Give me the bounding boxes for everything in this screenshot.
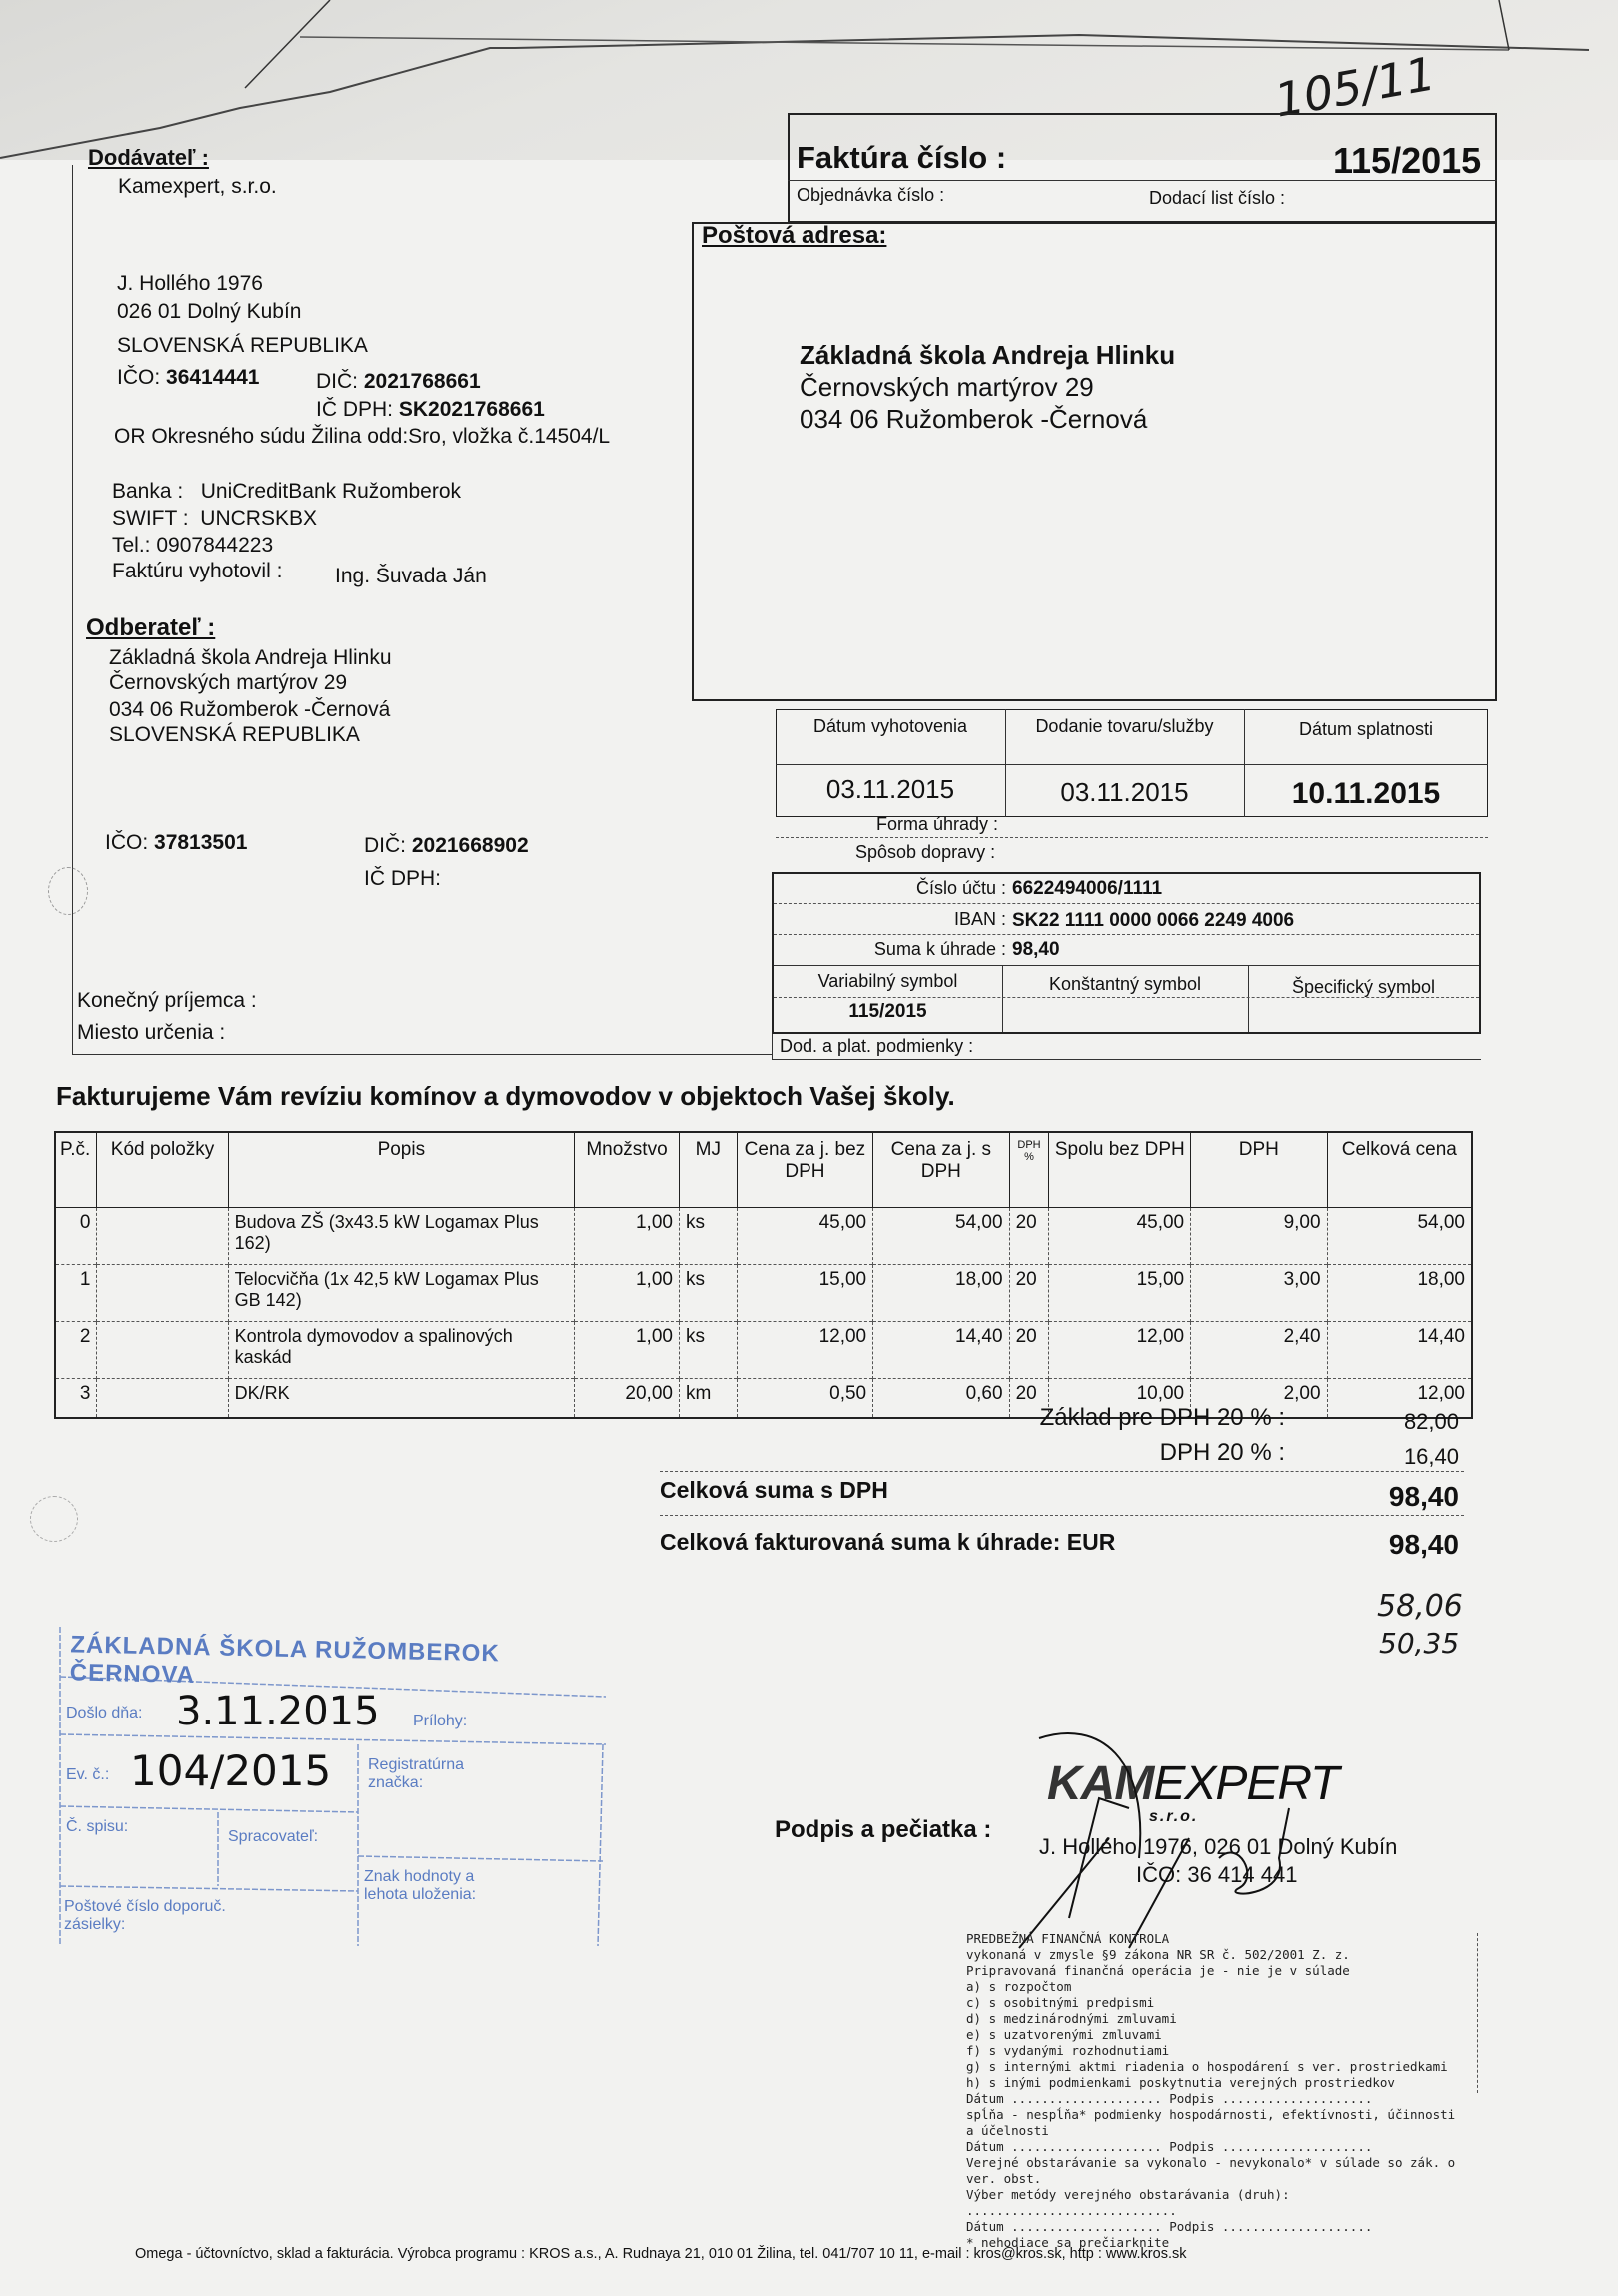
table-cell: [97, 1208, 228, 1265]
ev-number: 104/2015: [130, 1746, 331, 1795]
amount-due: 98,40: [1012, 939, 1060, 961]
table-cell: 54,00: [873, 1208, 1009, 1265]
table-cell: [97, 1322, 228, 1379]
table-cell: 20: [1009, 1208, 1049, 1265]
table-cell: 45,00: [737, 1208, 872, 1265]
registry-mark-label: Registratúrna značka:: [368, 1756, 488, 1792]
punch-hole: [48, 867, 88, 915]
signature-label: Podpis a pečiatka :: [775, 1816, 991, 1844]
divider: [1477, 1933, 1478, 2093]
divider: [774, 965, 1479, 966]
supplier-ico: IČO: 36414441: [117, 366, 259, 390]
amount-due-label: Suma k úhrade :: [780, 939, 1006, 960]
invoice-description: Fakturujeme Vám revíziu komínov a dymovo…: [56, 1081, 955, 1112]
registered-mail-label: Poštové číslo doporuč. zásielky:: [64, 1898, 244, 1934]
divider: [774, 934, 1479, 935]
divider: [772, 1034, 773, 1059]
supplier-country: SLOVENSKÁ REPUBLIKA: [117, 334, 368, 358]
table-cell: ks: [679, 1322, 737, 1379]
bank-row: Banka : UniCreditBank Ružomberok: [112, 480, 461, 504]
amount-due-total-label: Celková fakturovaná suma k úhrade: EUR: [660, 1529, 1115, 1556]
column-header: Množstvo: [575, 1132, 680, 1208]
handwritten-note: 58,06: [1377, 1589, 1463, 1624]
customer-country: SLOVENSKÁ REPUBLIKA: [109, 723, 360, 747]
invoice-title: Faktúra číslo :: [797, 140, 1006, 176]
vat-base-value: 82,00: [1329, 1409, 1459, 1435]
supplier-register: OR Okresného súdu Žilina odd:Sro, vložka…: [114, 425, 610, 449]
control-line: spĺňa - nespĺňa* podmienky hospodárnosti…: [966, 2107, 1466, 2139]
table-cell: [97, 1379, 228, 1419]
control-line: a) s rozpočtom: [966, 1979, 1466, 1995]
customer-heading: Odberateľ :: [86, 614, 215, 642]
table-cell: 18,00: [1327, 1265, 1472, 1322]
column-header: DPH: [1191, 1132, 1327, 1208]
handwritten-note: 50,35: [1379, 1627, 1459, 1660]
table-cell: 18,00: [873, 1265, 1009, 1322]
table-cell: 20: [1009, 1265, 1049, 1322]
table-cell: 0: [55, 1208, 97, 1265]
ks-label: Konštantný symbol: [1002, 974, 1248, 995]
control-line: f) s vydanými rozhodnutiami: [966, 2043, 1466, 2059]
table-cell: 14,40: [1327, 1322, 1472, 1379]
account-label: Číslo účtu :: [780, 878, 1006, 899]
table-cell: [97, 1265, 228, 1322]
table-cell: 9,00: [1191, 1208, 1327, 1265]
issued-by-label: Faktúru vyhotovil :: [112, 560, 282, 583]
customer-city: 034 06 Ružomberok -Černová: [109, 698, 390, 722]
divider: [774, 997, 1479, 998]
handwritten-signature: [989, 1719, 1409, 1958]
iban-label: IBAN :: [780, 909, 1006, 930]
issue-date-label: Dátum vyhotovenia: [776, 716, 1005, 737]
table-cell: Kontrola dymovodov a spalinových kaskád: [228, 1322, 574, 1379]
financial-control-block: PREDBEŽNÁ FINANČNÁ KONTROLAvykonaná v zm…: [966, 1931, 1466, 2251]
table-cell: 14,40: [873, 1322, 1009, 1379]
control-line: h) s inými podmienkami poskytnutia verej…: [966, 2075, 1466, 2091]
control-line: c) s osobitnými predpismi: [966, 1995, 1466, 2011]
order-number-label: Objednávka číslo :: [797, 185, 944, 206]
retention-label: Znak hodnoty a lehota uloženia:: [364, 1868, 484, 1904]
postal-street: Černovských martýrov 29: [800, 372, 1094, 403]
table-cell: ks: [679, 1265, 737, 1322]
transport-label: Spôsob dopravy :: [855, 842, 995, 863]
postal-name: Základná škola Andreja Hlinku: [800, 340, 1175, 371]
postal-city: 034 06 Ružomberok -Černová: [800, 404, 1147, 435]
left-frame-line: [72, 165, 73, 1054]
column-header: Kód položky: [97, 1132, 228, 1208]
control-line: g) s internými aktmi riadenia o hospodár…: [966, 2059, 1466, 2075]
issued-by-name: Ing. Šuvada Ján: [335, 565, 487, 588]
table-cell: DK/RK: [228, 1379, 574, 1419]
supplier-heading: Dodávateľ :: [88, 145, 209, 171]
supplier-phone: Tel.: 0907844223: [112, 534, 273, 558]
divider: [660, 1471, 1464, 1472]
control-line: Dátum .................... Podpis ......…: [966, 2219, 1466, 2235]
divider: [772, 1059, 1481, 1060]
control-line: Dátum .................... Podpis ......…: [966, 2139, 1466, 2155]
table-cell: 20: [1009, 1322, 1049, 1379]
control-line: Výber metódy verejného obstarávania (dru…: [966, 2187, 1466, 2219]
attachments-label: Prílohy:: [413, 1713, 467, 1730]
supplier-city: 026 01 Dolný Kubín: [117, 300, 301, 324]
table-cell: 1,00: [575, 1208, 680, 1265]
control-line: Verejné obstarávanie sa vykonalo - nevyk…: [966, 2155, 1466, 2187]
postal-heading: Poštová adresa:: [702, 222, 886, 250]
column-header: DPH %: [1009, 1132, 1049, 1208]
table-cell: 15,00: [1049, 1265, 1191, 1322]
divider: [776, 764, 1488, 765]
table-cell: 15,00: [737, 1265, 872, 1322]
file-number-label: Č. spisu:: [66, 1818, 128, 1836]
due-date: 10.11.2015: [1244, 777, 1488, 811]
received-date: 3.11.2015: [176, 1689, 380, 1734]
table-cell: Telocvičňa (1x 42,5 kW Logamax Plus GB 1…: [228, 1265, 574, 1322]
items-table: P.č.Kód položkyPopisMnožstvoMJCena za j.…: [54, 1131, 1473, 1419]
account-number: 6622494006/1111: [1012, 878, 1162, 900]
table-cell: 54,00: [1327, 1208, 1472, 1265]
divider: [660, 1515, 1464, 1516]
table-cell: 45,00: [1049, 1208, 1191, 1265]
invoice-number: 115/2015: [1333, 140, 1481, 182]
table-cell: 3: [55, 1379, 97, 1419]
iban: SK22 1111 0000 0066 2249 4006: [1012, 910, 1294, 932]
table-cell: ks: [679, 1208, 737, 1265]
registry-stamp: ZÁKLADNÁ ŠKOLA RUŽOMBEROK ČERNOVA Došlo …: [58, 1617, 608, 1946]
table-cell: 1: [55, 1265, 97, 1322]
customer-icdph: IČ DPH:: [364, 867, 441, 891]
amount-due-total: 98,40: [1299, 1529, 1459, 1561]
table-body: 0Budova ZŠ (3x43.5 kW Logamax Plus 162)1…: [55, 1208, 1472, 1419]
punch-hole: [30, 1496, 78, 1542]
ev-label: Ev. č.:: [66, 1766, 109, 1784]
table-row: 1Telocvičňa (1x 42,5 kW Logamax Plus GB …: [55, 1265, 1472, 1322]
customer-street: Černovských martýrov 29: [109, 671, 347, 695]
divider: [1248, 965, 1249, 1032]
divider: [774, 903, 1479, 904]
column-header: P.č.: [55, 1132, 97, 1208]
postal-address-box: [692, 222, 1497, 701]
table-cell: 0,50: [737, 1379, 872, 1419]
control-line: Pripravovaná finančná operácia je - nie …: [966, 1963, 1466, 1979]
supplier-dic: DIČ: 2021768661: [316, 370, 481, 394]
table-row: 0Budova ZŠ (3x43.5 kW Logamax Plus 162)1…: [55, 1208, 1472, 1265]
customer-ico: IČO: 37813501: [105, 831, 247, 855]
due-date-label: Dátum splatnosti: [1244, 719, 1488, 740]
supplier-name: Kamexpert, s.r.o.: [118, 175, 277, 199]
column-header: Spolu bez DPH: [1049, 1132, 1191, 1208]
column-header: Cena za j. s DPH: [873, 1132, 1009, 1208]
table-cell: 12,00: [737, 1322, 872, 1379]
supplier-street: J. Hollého 1976: [117, 272, 263, 296]
delivery-note-label: Dodací list číslo :: [1149, 188, 1285, 209]
table-cell: 20,00: [575, 1379, 680, 1419]
table-header-row: P.č.Kód položkyPopisMnožstvoMJCena za j.…: [55, 1132, 1472, 1208]
swift-row: SWIFT : UNCRSKBX: [112, 507, 317, 531]
total-with-vat: 98,40: [1299, 1481, 1459, 1513]
control-line: Dátum .................... Podpis ......…: [966, 2091, 1466, 2107]
destination-label: Miesto určenia :: [77, 1021, 225, 1045]
supplier-icdph: IČ DPH: SK2021768661: [316, 398, 545, 422]
total-with-vat-label: Celková suma s DPH: [660, 1477, 888, 1504]
table-cell: 2: [55, 1322, 97, 1379]
bottom-frame-line: [72, 1054, 772, 1055]
column-header: Cena za j. bez DPH: [737, 1132, 872, 1208]
column-header: Popis: [228, 1132, 574, 1208]
delivery-date: 03.11.2015: [1005, 777, 1244, 808]
received-label: Došlo dňa:: [66, 1705, 143, 1722]
table-cell: km: [679, 1379, 737, 1419]
variable-symbol: 115/2015: [774, 1001, 1002, 1023]
vs-label: Variabilný symbol: [774, 971, 1002, 992]
payment-form-label: Forma úhrady :: [876, 814, 998, 835]
issue-date: 03.11.2015: [776, 774, 1005, 805]
customer-dic: DIČ: 2021668902: [364, 834, 529, 858]
terms-label: Dod. a plat. podmienky :: [780, 1036, 973, 1057]
control-line: e) s uzatvorenými zmluvami: [966, 2027, 1466, 2043]
final-recipient-label: Konečný príjemca :: [77, 989, 257, 1013]
vat-value: 16,40: [1329, 1444, 1459, 1470]
table-cell: 1,00: [575, 1265, 680, 1322]
divider: [776, 837, 1488, 838]
table-cell: 12,00: [1049, 1322, 1191, 1379]
column-header: Celková cena: [1327, 1132, 1472, 1208]
table-cell: Budova ZŠ (3x43.5 kW Logamax Plus 162): [228, 1208, 574, 1265]
control-line: PREDBEŽNÁ FINANČNÁ KONTROLA: [966, 1931, 1466, 1947]
ss-label: Špecifický symbol: [1248, 977, 1479, 998]
footer-software-note: Omega - účtovníctvo, sklad a fakturácia.…: [135, 2246, 1186, 2262]
table-row: 2Kontrola dymovodov a spalinových kaskád…: [55, 1322, 1472, 1379]
processor-label: Spracovateľ:: [228, 1828, 318, 1846]
control-line: d) s medzinárodnými zmluvami: [966, 2011, 1466, 2027]
vat-base-label: Základ pre DPH 20 % :: [899, 1404, 1285, 1432]
table-cell: 3,00: [1191, 1265, 1327, 1322]
customer-name: Základná škola Andreja Hlinku: [109, 646, 392, 670]
delivery-date-label: Dodanie tovaru/služby: [1005, 716, 1244, 737]
vat-label: DPH 20 % :: [899, 1439, 1285, 1467]
table-cell: 1,00: [575, 1322, 680, 1379]
control-line: vykonaná v zmysle §9 zákona NR SR č. 502…: [966, 1947, 1466, 1963]
table-cell: 2,40: [1191, 1322, 1327, 1379]
column-header: MJ: [679, 1132, 737, 1208]
